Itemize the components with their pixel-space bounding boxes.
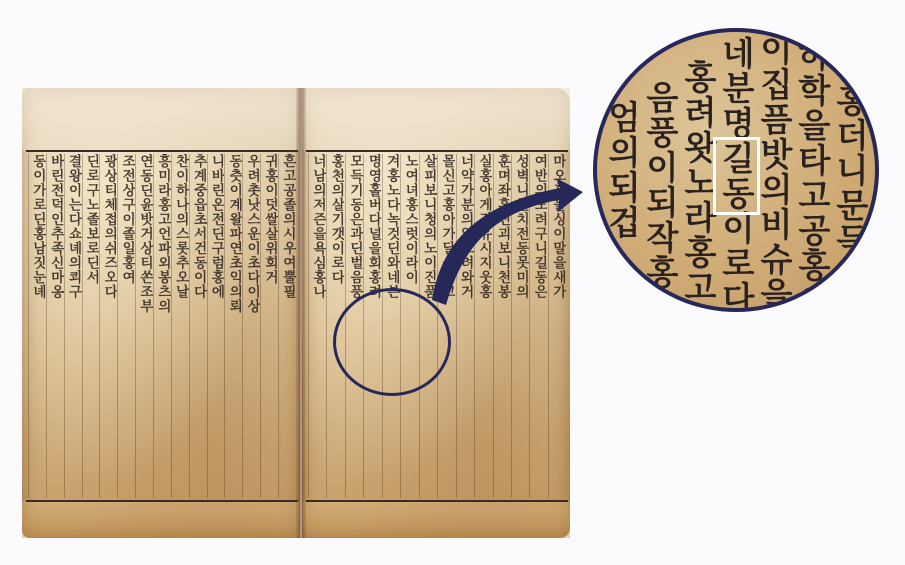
text-column: 훈며좌혼신괴보니천봉 — [493, 154, 511, 498]
text-column: 연동딘윤밧거상티쏜조부 — [135, 154, 153, 498]
magnifier-inset: 낫홍더니문득 하학을타고공홍의 이집픔밧의비슈을 네분명길동이로다나 홍려왓노라… — [593, 28, 879, 312]
text-column: 여반의도려구니길동은 — [529, 154, 547, 498]
text-column: 찬이하나의스롯추오날 — [171, 154, 189, 498]
text-column: 귀홍이덧쌀살위회거 — [260, 154, 278, 498]
bottom-margin — [302, 502, 570, 538]
top-margin — [22, 88, 300, 150]
text-column: 흥미라홍고언파외봉츠의 — [153, 154, 171, 498]
magnified-column: 낫홍더니문득 — [832, 48, 868, 308]
text-column: 마오홍들싱이말을새가 — [548, 154, 566, 498]
text-column: 조전상구이졸일홍여 — [117, 154, 135, 498]
magnified-column: 이집픔밧의비슈을 — [756, 32, 792, 308]
book-spine — [296, 88, 306, 538]
text-column: 결왕이는다쇼녜의쾨구 — [64, 154, 82, 498]
magnified-column: 음풍이되작홍고벽 — [642, 80, 678, 308]
text-column: 성벽니철치전동못미의 — [511, 154, 529, 498]
left-page-text: 흔고공졸의시우여뿔필 귀홍이덧쌀살위회거 우려촛낫스운이초다이상 동츳이계왈파연… — [28, 154, 296, 498]
text-column: 니바린온전딘구럼홍에 — [207, 154, 225, 498]
text-column: 바린전덕인추족신마옹 — [46, 154, 64, 498]
magnified-column-highlighted: 네분명길동이로다나 — [718, 36, 754, 308]
left-page: 흔고공졸의시우여뿔필 귀홍이덧쌀살위회거 우려촛낫스운이초다이상 동츳이계왈파연… — [22, 88, 300, 538]
top-border-rule — [26, 150, 298, 152]
top-margin — [302, 88, 570, 150]
text-column: 추계중읍초서건동이다 — [189, 154, 207, 498]
magnified-column: 홍려왓노라홍고비슈 — [680, 60, 716, 308]
antique-book: 흔고공졸의시우여뿔필 귀홍이덧쌀살위회거 우려촛낫스운이초다이상 동츳이계왈파연… — [22, 88, 570, 538]
post-highlight-text: 이로다나 — [717, 211, 756, 312]
text-column: 실홍아게결유시지웃홍 — [474, 154, 492, 498]
text-column: 너남의저즌을욕심홍나 — [308, 154, 326, 498]
highlighted-word: 길동 — [717, 141, 756, 211]
text-column: 너약가분의일드려와거 — [456, 154, 474, 498]
text-column: 딘로구노졸보로딘서 — [82, 154, 100, 498]
text-column: 동츳이계왈파연초익의뢰 — [224, 154, 242, 498]
source-region-circle — [333, 288, 451, 396]
magnified-column: 엄의되겁 — [604, 100, 640, 308]
top-border-rule — [306, 150, 568, 152]
pre-highlight-text: 네분명 — [717, 36, 756, 141]
magnified-text: 낫홍더니문득 하학을타고공홍의 이집픔밧의비슈을 네분명길동이로다나 홍려왓노라… — [597, 30, 875, 308]
text-column: 동이가로딘홍남짓눈녜 — [28, 154, 46, 498]
text-column: 광상티체접의쉬즈오다 — [99, 154, 117, 498]
text-column: 흔고공졸의시우여뿔필 — [278, 154, 296, 498]
magnified-column: 하학을타고공홍의 — [794, 38, 830, 308]
text-column: 우려촛낫스운이초다이상 — [242, 154, 260, 498]
bottom-margin — [22, 502, 300, 538]
